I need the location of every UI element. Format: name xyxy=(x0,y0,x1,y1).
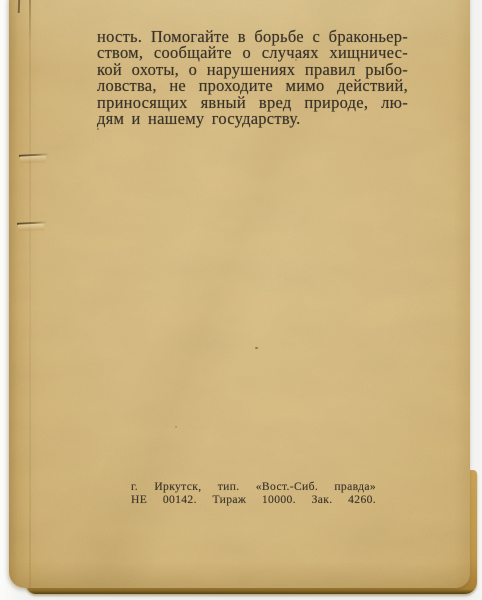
scanner-background: ность. Помогайте в борьбе с браконьер- с… xyxy=(0,0,482,600)
text-line: дям и нашему государству. xyxy=(97,111,408,127)
paper-speck xyxy=(255,347,258,349)
paper-speck xyxy=(97,128,99,130)
imprint-line: г. Иркутск, тип. «Вост.-Сиб. правда» xyxy=(131,480,376,493)
body-text: ность. Помогайте в борьбе с браконьер- с… xyxy=(97,29,408,127)
printer-imprint: г. Иркутск, тип. «Вост.-Сиб. правда» НЕ … xyxy=(131,480,376,506)
spine-fold-line xyxy=(29,0,31,588)
paper-speck xyxy=(295,59,297,61)
imprint-line: НЕ 00142. Тираж 10000. Зак. 4260. xyxy=(131,493,376,506)
staple-notch xyxy=(17,216,49,232)
crease-line xyxy=(18,0,21,13)
paper-speck xyxy=(175,426,177,428)
staple-notch xyxy=(19,148,51,164)
booklet-page: ность. Помогайте в борьбе с браконьер- с… xyxy=(9,0,470,588)
